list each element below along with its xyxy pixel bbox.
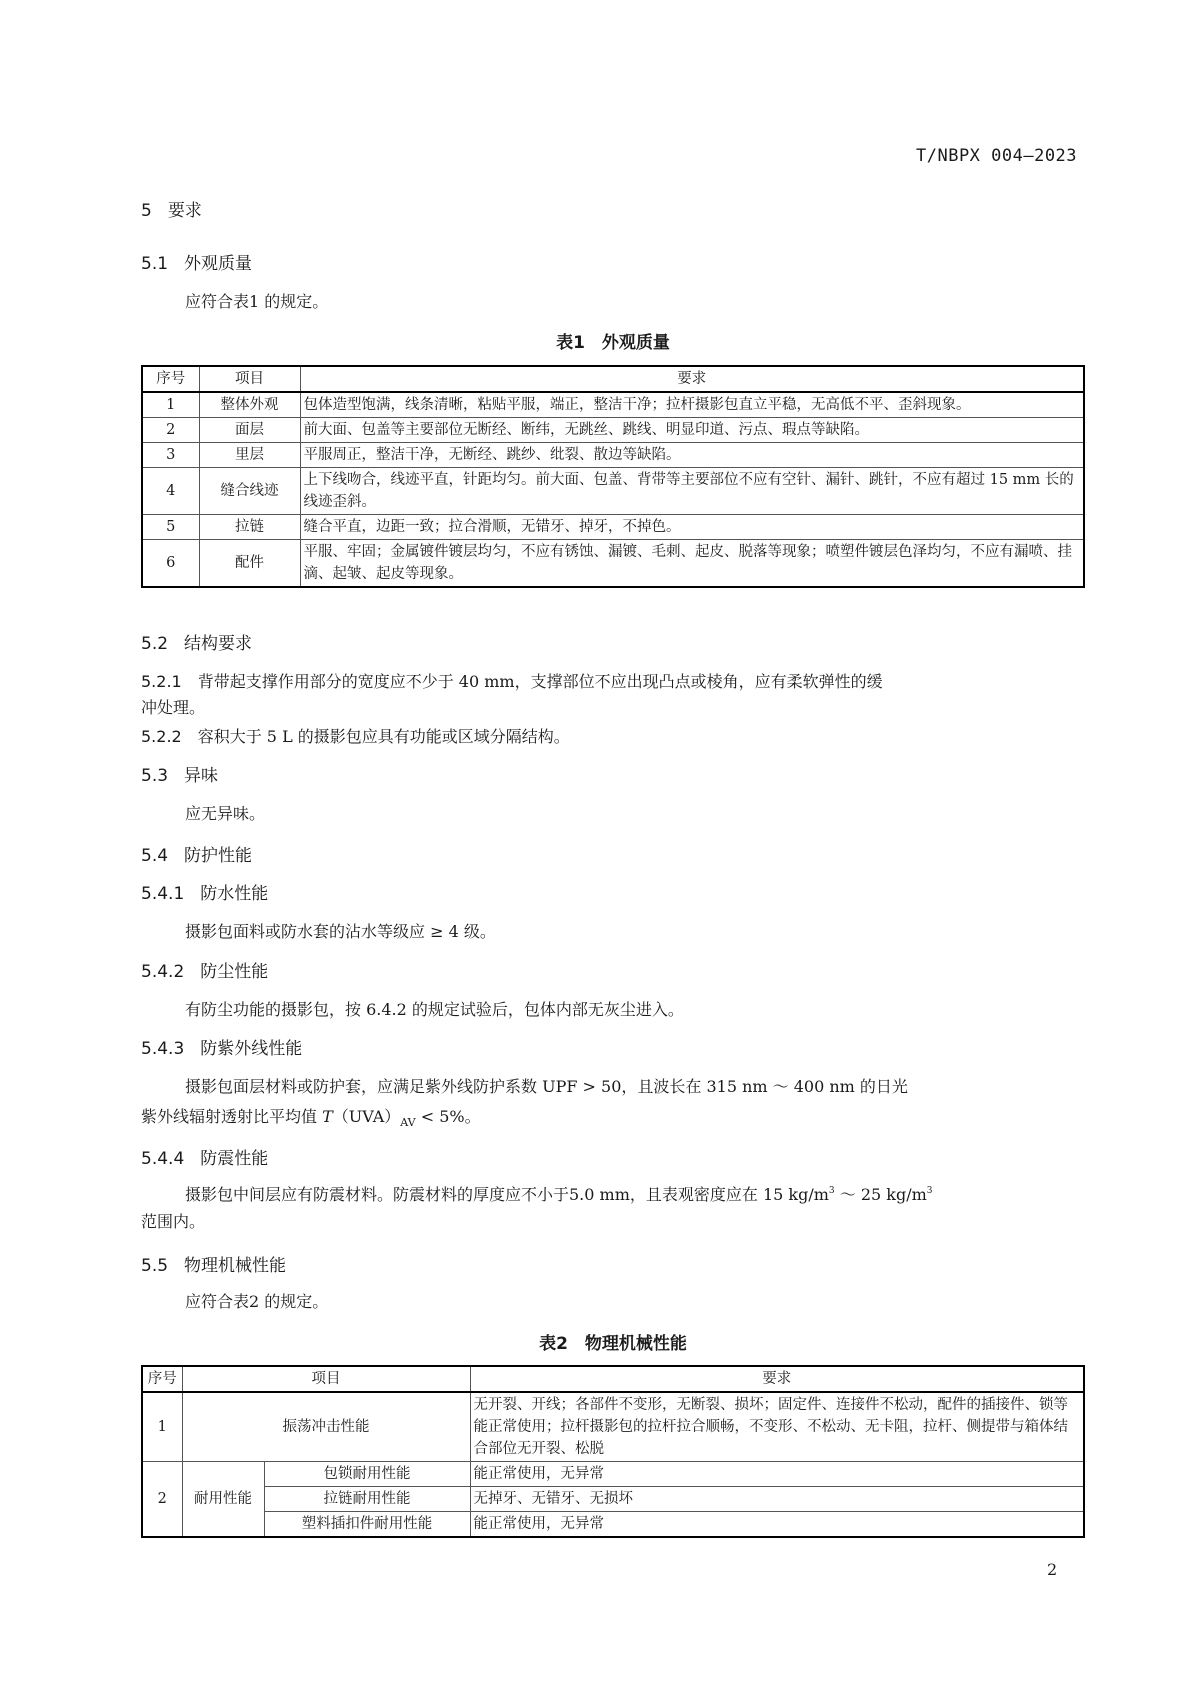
document-code: T/NBPX 004—2023 [916, 146, 1077, 166]
table1-appearance-quality: 序号 项目 要求 1 整体外观 包体造型饱满，线条清晰，粘贴平服，端正，整洁干净… [141, 365, 1085, 588]
section-5-2-heading: 5.2结构要求 [141, 629, 252, 654]
section-5-4-1-heading: 5.4.1防水性能 [141, 879, 268, 904]
section-5-1-text: 应符合表1 的规定。 [185, 289, 328, 312]
section-5-2-1-text: 5.2.1背带起支撑作用部分的宽度应不少于 40 mm，支撑部位不应出现凸点或棱… [141, 669, 883, 692]
section-5-2-2-text: 5.2.2容积大于 5 L 的摄影包应具有功能或区域分隔结构。 [141, 724, 570, 747]
page-number: 2 [1047, 1560, 1057, 1579]
table-row: 塑料插扣件耐用性能 能正常使用，无异常 [142, 1512, 1084, 1538]
table-row: 2 耐用性能 包锁耐用性能 能正常使用，无异常 [142, 1462, 1084, 1487]
section-5-4-3-text: 摄影包面层材料或防护套，应满足紫外线防护系数 UPF > 50，且波长在 315… [185, 1074, 908, 1097]
section-5-4-3-text-cont: 紫外线辐射透射比平均值 T（UVA）AV < 5%。 [141, 1104, 481, 1129]
table1-caption: 表1 外观质量 [0, 328, 1200, 353]
table2-header-row: 序号 项目 要求 [142, 1366, 1084, 1392]
section-5-5-heading: 5.5物理机械性能 [141, 1251, 286, 1276]
section-5-4-4-text: 摄影包中间层应有防震材料。防震材料的厚度应不小于5.0 mm，且表观密度应在 1… [185, 1182, 933, 1205]
section-5-4-1-text: 摄影包面料或防水套的沾水等级应 ≥ 4 级。 [185, 919, 496, 942]
col-header-item: 项目 [182, 1366, 470, 1392]
table-row: 1 振荡冲击性能 无开裂、开线；各部件不变形，无断裂、损坏；固定件、连接件不松动… [142, 1392, 1084, 1462]
col-header-req: 要求 [300, 366, 1084, 392]
table-row: 5 拉链 缝合平直，边距一致；拉合滑顺，无错牙、掉牙，不掉色。 [142, 515, 1084, 540]
table2-physical-mechanical: 序号 项目 要求 1 振荡冲击性能 无开裂、开线；各部件不变形，无断裂、损坏；固… [141, 1365, 1085, 1538]
col-header-req: 要求 [470, 1366, 1084, 1392]
table2-caption: 表2 物理机械性能 [0, 1329, 1200, 1354]
section-5-3-text: 应无异味。 [185, 801, 265, 824]
section-5-4-heading: 5.4防护性能 [141, 841, 252, 866]
table-row: 6 配件 平服、牢固；金属镀件镀层均匀，不应有锈蚀、漏镀、毛刺、起皮、脱落等现象… [142, 540, 1084, 588]
section-5-4-2-text: 有防尘功能的摄影包，按 6.4.2 的规定试验后，包体内部无灰尘进入。 [185, 997, 684, 1020]
col-header-item: 项目 [199, 366, 300, 392]
section-5-4-4-heading: 5.4.4防震性能 [141, 1144, 268, 1169]
table-row: 2 面层 前大面、包盖等主要部位无断经、断纬，无跳丝、跳线、明显印道、污点、瑕点… [142, 418, 1084, 443]
section-5-4-4-text-cont: 范围内。 [141, 1209, 205, 1232]
section-5-5-text: 应符合表2 的规定。 [185, 1289, 328, 1312]
section-5-heading: 5要求 [141, 196, 202, 221]
table-row: 3 里层 平服周正，整洁干净，无断经、跳纱、纰裂、散边等缺陷。 [142, 443, 1084, 468]
section-5-4-3-heading: 5.4.3防紫外线性能 [141, 1034, 302, 1059]
section-5-2-1-text-cont: 冲处理。 [141, 695, 205, 718]
table-row: 1 整体外观 包体造型饱满，线条清晰，粘贴平服，端正，整洁干净；拉杆摄影包直立平… [142, 392, 1084, 418]
table-row: 4 缝合线迹 上下线吻合，线迹平直，针距均匀。前大面、包盖、背带等主要部位不应有… [142, 468, 1084, 515]
section-5-4-2-heading: 5.4.2防尘性能 [141, 957, 268, 982]
table1-header-row: 序号 项目 要求 [142, 366, 1084, 392]
table-row: 拉链耐用性能 无掉牙、无错牙、无损坏 [142, 1487, 1084, 1512]
section-5-3-heading: 5.3异味 [141, 761, 218, 786]
col-header-no: 序号 [142, 1366, 182, 1392]
section-5-1-heading: 5.1外观质量 [141, 249, 252, 274]
col-header-no: 序号 [142, 366, 199, 392]
